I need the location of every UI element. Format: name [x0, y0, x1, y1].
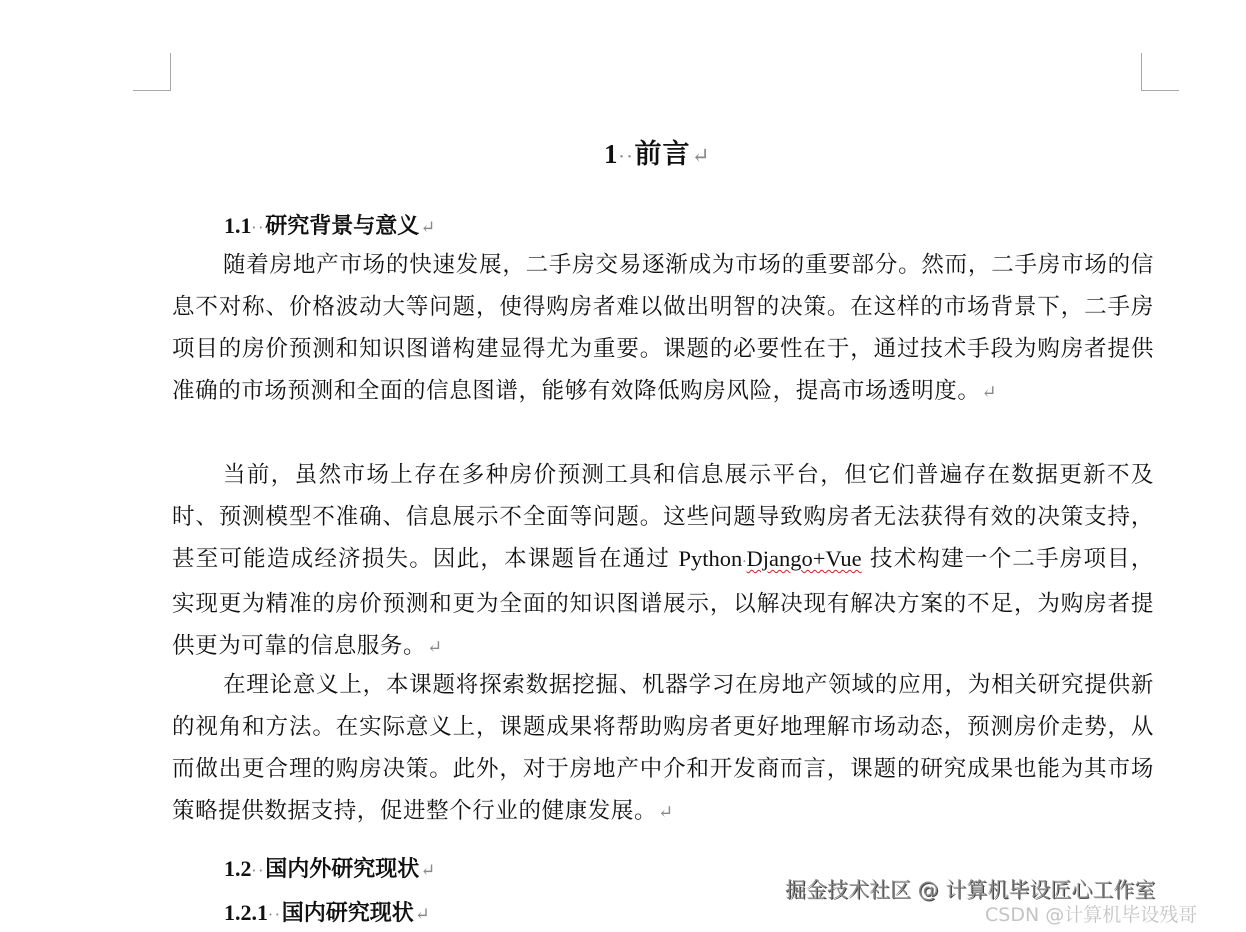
chapter-title: 前言 [635, 139, 691, 170]
paragraph-mark-icon: ↵ [420, 861, 435, 881]
chapter-number: 1 [604, 139, 619, 169]
section-title: 国内研究现状 [282, 900, 414, 926]
section-heading-1-2-1: 1.2.1··国内研究现状↵ [224, 896, 430, 927]
paragraph-mark-icon: ↵ [658, 802, 674, 823]
paragraph-text: 随着房地产市场的快速发展，二手房交易逐渐成为市场的重要部分。然而，二手房市场的信… [172, 252, 1154, 404]
formatting-dots: ·· [619, 146, 635, 168]
section-title: 研究背景与意义 [265, 213, 419, 239]
section-number: 1.2.1 [224, 900, 268, 925]
section-number: 1.2 [224, 856, 252, 881]
spellcheck-flagged-word[interactable]: Django+Vue [747, 546, 862, 571]
section-heading-1-2: 1.2··国内外研究现状↵ [224, 852, 435, 883]
formatting-dots: ·· [252, 862, 266, 880]
chapter-heading: 1··前言↵ [604, 132, 711, 171]
section-title: 国内外研究现状 [265, 856, 419, 882]
section-heading-1-1: 1.1··研究背景与意义↵ [224, 209, 435, 240]
paragraph-mark-icon: ↵ [427, 637, 443, 658]
paragraph-mark-icon: ↵ [415, 905, 430, 925]
page-corner-mark-right [1141, 53, 1179, 91]
paragraph-mark-icon: ↵ [420, 218, 435, 238]
page-corner-mark-left [133, 53, 171, 91]
paragraph-mark-icon: ↵ [692, 144, 711, 169]
paragraph-mark-icon: ↵ [982, 382, 998, 403]
formatting-dots: ·· [252, 219, 266, 237]
tech-python: Python [678, 546, 742, 571]
paragraph-current-state: 当前，虽然市场上存在多种房价预测工具和信息展示平台，但它们普遍存在数据更新不及时… [172, 454, 1154, 669]
formatting-dots: ·· [268, 906, 282, 924]
section-number: 1.1 [224, 213, 252, 238]
watermark-csdn: CSDN @计算机毕设残哥 [985, 900, 1197, 927]
paragraph-background: 随着房地产市场的快速发展，二手房交易逐渐成为市场的重要部分。然而，二手房市场的信… [172, 244, 1154, 414]
paragraph-significance: 在理论意义上，本课题将探索数据挖掘、机器学习在房地产领域的应用，为相关研究提供新… [172, 664, 1154, 834]
